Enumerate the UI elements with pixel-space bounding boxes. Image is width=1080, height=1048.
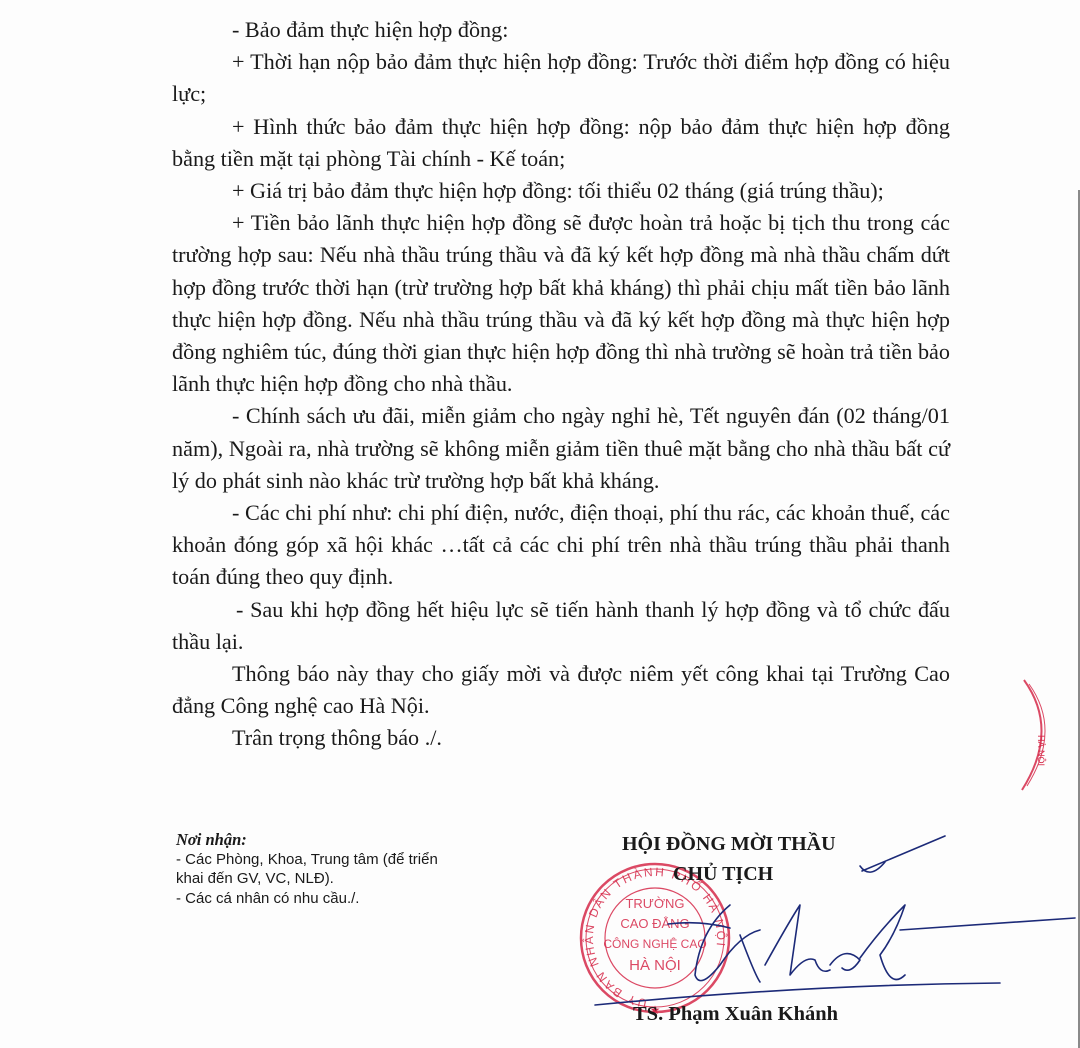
partial-stamp-text: HÀ NỘI — [1036, 735, 1046, 766]
signer-name: TS. Phạm Xuân Khánh — [633, 1003, 838, 1026]
paragraph-guarantee-refund: + Tiền bảo lãnh thực hiện hợp đồng sẽ đư… — [172, 207, 950, 400]
paragraph-incentive-policy: - Chính sách ưu đãi, miễn giảm cho ngày … — [172, 400, 950, 497]
recipient-item: - Các Phòng, Khoa, Trung tâm (để triển — [176, 850, 438, 870]
recipients-label: Nơi nhận: — [176, 830, 438, 850]
signature-role: CHỦ TỊCH — [673, 863, 773, 886]
svg-text:ỦY BAN NHÂN DÂN THÀNH PHỐ HÀ N: ỦY BAN NHÂN DÂN THÀNH PHỐ HÀ NỘI — [581, 865, 729, 1012]
signature-title: HỘI ĐỒNG MỜI THẦU — [622, 833, 836, 856]
paragraph-guarantee-form: + Hình thức bảo đảm thực hiện hợp đồng: … — [172, 111, 950, 175]
paragraph-contract-expiry: - Sau khi hợp đồng hết hiệu lực sẽ tiến … — [172, 594, 950, 658]
partial-stamp — [1022, 680, 1045, 790]
stamp-line: HÀ NỘI — [629, 957, 681, 974]
recipients-block: Nơi nhận: - Các Phòng, Khoa, Trung tâm (… — [176, 830, 438, 908]
stamp-line: CAO ĐẲNG — [620, 916, 689, 931]
recipient-item: - Các cá nhân có nhu cầu./. — [176, 889, 438, 909]
stamp-line: CÔNG NGHỆ CAO — [603, 936, 706, 951]
stamp-line: TRƯỜNG — [625, 896, 684, 911]
paragraph-closing: Trân trọng thông báo ./. — [172, 722, 950, 754]
paragraph-notice: Thông báo này thay cho giấy mời và được … — [172, 658, 950, 722]
paragraph-guarantee-value: + Giá trị bảo đảm thực hiện hợp đồng: tố… — [172, 175, 950, 207]
paragraph-costs: - Các chi phí như: chi phí điện, nước, đ… — [172, 497, 950, 594]
paragraph-performance-guarantee: - Bảo đảm thực hiện hợp đồng: — [172, 14, 950, 46]
document-body: - Bảo đảm thực hiện hợp đồng: + Thời hạn… — [172, 14, 950, 755]
recipient-item: khai đến GV, VC, NLĐ). — [176, 869, 438, 889]
paragraph-guarantee-deadline: + Thời hạn nộp bảo đảm thực hiện hợp đồn… — [172, 46, 950, 110]
stamp-outer-text: ỦY BAN NHÂN DÂN THÀNH PHỐ HÀ NỘI — [581, 865, 729, 1012]
